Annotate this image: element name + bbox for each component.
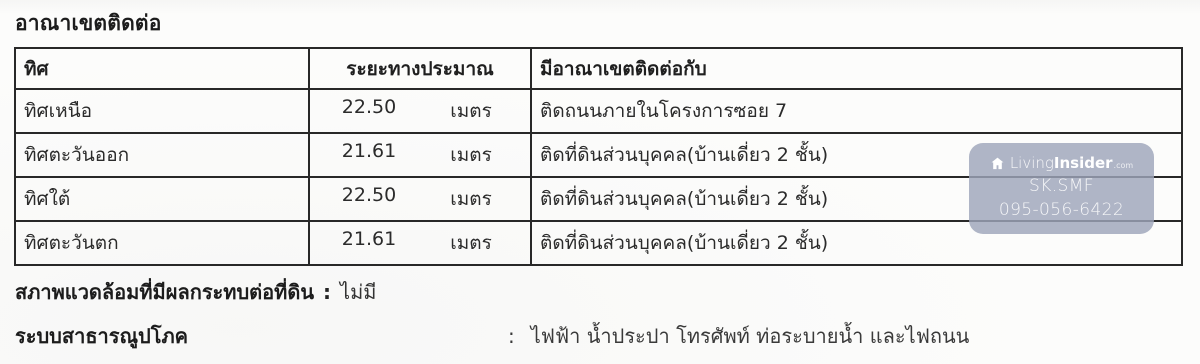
watermark-brand-living: Living — [1010, 154, 1054, 174]
column-header-direction: ทิศ — [15, 48, 309, 89]
cell-distance: 22.50 เมตร — [309, 89, 531, 133]
cell-distance: 21.61 เมตร — [309, 221, 531, 265]
watermark-agent-code: SK.SMF — [1029, 174, 1094, 199]
cell-direction: ทิศเหนือ — [15, 89, 309, 133]
house-icon — [990, 156, 1005, 171]
distance-value: 22.50 — [318, 96, 420, 126]
distance-value: 22.50 — [318, 184, 420, 214]
distance-value: 21.61 — [318, 228, 420, 258]
cell-distance: 22.50 เมตร — [309, 177, 531, 221]
distance-unit: เมตร — [420, 184, 522, 214]
column-header-distance: ระยะทางประมาณ — [309, 48, 531, 89]
distance-unit: เมตร — [420, 228, 522, 258]
column-header-adjacent: มีอาณาเขตติดต่อกับ — [531, 48, 1182, 89]
watermark-brand-suffix: .com — [1114, 161, 1134, 173]
utilities-note: ระบบสาธารณูปโภค : ไฟฟ้า น้ำประปา โทรศัพท… — [15, 320, 969, 352]
cell-adjacent: ติดถนนภายในโครงการซอย 7 — [531, 89, 1182, 133]
livinginsider-watermark: LivingInsider.com SK.SMF 095-056-6422 — [969, 143, 1154, 234]
distance-unit: เมตร — [420, 140, 522, 170]
table-header-row: ทิศ ระยะทางประมาณ มีอาณาเขตติดต่อกับ — [15, 48, 1182, 89]
cell-direction: ทิศใต้ — [15, 177, 309, 221]
cell-distance: 21.61 เมตร — [309, 133, 531, 177]
environment-note-label: สภาพแวดล้อมที่มีผลกระทบต่อที่ดิน — [15, 280, 314, 304]
cell-direction: ทิศตะวันออก — [15, 133, 309, 177]
table-row: ทิศเหนือ 22.50 เมตร ติดถนนภายในโครงการซอ… — [15, 89, 1182, 133]
watermark-brand: LivingInsider.com — [990, 154, 1133, 174]
utilities-note-value: ไฟฟ้า น้ำประปา โทรศัพท์ ท่อระบายน้ำ และไ… — [531, 320, 970, 352]
environment-note: สภาพแวดล้อมที่มีผลกระทบต่อที่ดิน:ไม่มี — [15, 276, 376, 308]
distance-unit: เมตร — [420, 96, 522, 126]
watermark-brand-insider: Insider — [1054, 154, 1113, 174]
environment-note-value: ไม่มี — [340, 280, 376, 304]
utilities-note-separator: : — [508, 324, 515, 348]
page-title: อาณาเขตติดต่อ — [15, 7, 162, 40]
cell-direction: ทิศตะวันตก — [15, 221, 309, 265]
environment-note-separator: : — [323, 280, 331, 304]
watermark-phone: 095-056-6422 — [999, 198, 1124, 223]
utilities-note-label: ระบบสาธารณูปโภค — [15, 320, 508, 352]
distance-value: 21.61 — [318, 140, 420, 170]
